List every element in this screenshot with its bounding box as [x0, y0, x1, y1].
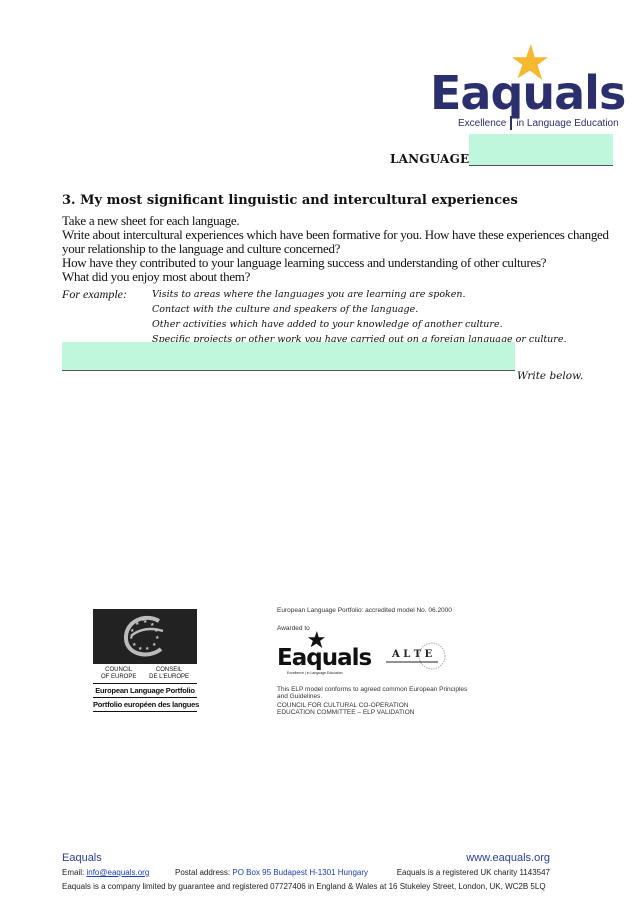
elp-fr: Portfolio européen des langues [93, 697, 197, 712]
footer-brand: Eaquals [62, 852, 102, 864]
instruction-line: Take a new sheet for each language. [62, 214, 592, 228]
svg-text:★: ★ [135, 621, 140, 627]
instruction-line: How have they contributed to your langua… [62, 256, 592, 270]
tagline-divider [510, 116, 512, 130]
committee-line: COUNCIL FOR CULTURAL CO-OPERATION [277, 702, 414, 709]
footer-contact: Email: info@eaquals.org Postal address: … [62, 868, 550, 877]
email-label: Email: [62, 868, 84, 877]
instruction-line: your relationship to the language and cu… [62, 242, 592, 256]
mini-logo-tagline: Excellence | in Language Education [287, 671, 343, 675]
svg-text:★: ★ [145, 646, 150, 652]
logo-tagline: Excellencein Language Education [458, 116, 619, 130]
svg-text:★: ★ [141, 617, 146, 623]
coe-name-en: COUNCILOF EUROPE [101, 667, 136, 681]
experiences-input[interactable] [62, 342, 515, 371]
language-label: LANGUAGE: [390, 152, 474, 166]
instructions: Take a new sheet for each language. Writ… [62, 214, 592, 284]
accredited-model: European Language Portfolio: accredited … [277, 607, 452, 614]
council-of-europe-logo: ★★★ ★★★ ★★★ ★★★ COUNCILOF EUROPE CONSEIL… [93, 609, 197, 712]
postal: Postal address: PO Box 95 Budapest H-130… [175, 868, 368, 877]
instruction-line: What did you enjoy most about them? [62, 270, 592, 284]
svg-text:★: ★ [132, 642, 137, 648]
coe-name-fr-line: CONSEIL [149, 667, 189, 674]
coe-emblem-icon: ★★★ ★★★ ★★★ ★★★ [93, 609, 197, 664]
mini-logo-wordmark: Eaquals [277, 645, 371, 671]
svg-text:★: ★ [138, 646, 143, 652]
charity-info: Eaquals is a registered UK charity 11435… [397, 868, 550, 877]
tagline-right: in Language Education [516, 118, 618, 129]
examples-label: For example: [62, 287, 127, 302]
svg-text:★: ★ [154, 628, 159, 634]
language-input[interactable] [469, 134, 613, 166]
language-row: LANGUAGE: [390, 134, 614, 168]
conformity-statement: This ELP model conforms to agreed common… [277, 686, 477, 700]
postal-label: Postal address: [175, 868, 230, 877]
logo-wordmark: Eaquals [430, 70, 625, 116]
alte-logo: A L T E [382, 641, 448, 671]
coe-name-en-line: OF EUROPE [101, 674, 136, 681]
email-link[interactable]: info@eaquals.org [86, 868, 149, 877]
eaquals-mini-logo: Eaquals Excellence | in Language Educati… [277, 631, 357, 676]
tagline-left: Excellence [458, 118, 506, 129]
coe-name-en-line: COUNCIL [101, 667, 136, 674]
company-info: Eaquals is a company limited by guarante… [62, 882, 546, 891]
committee: COUNCIL FOR CULTURAL CO-OPERATION EDUCAT… [277, 702, 414, 716]
example-item: Visits to areas where the languages you … [152, 287, 566, 302]
coe-emblem: ★★★ ★★★ ★★★ ★★★ [93, 609, 197, 664]
svg-text:★: ★ [152, 642, 157, 648]
footer-website-link[interactable]: www.eaquals.org [466, 852, 550, 864]
instruction-line: Write about intercultural experiences wh… [62, 228, 592, 242]
svg-text:★: ★ [129, 635, 134, 641]
eaquals-logo: Eaquals Excellencein Language Education [430, 44, 610, 134]
committee-line: EDUCATION COMMITTEE – ELP VALIDATION [277, 709, 414, 716]
coe-names: COUNCILOF EUROPE CONSEILDE L'EUROPE [93, 664, 197, 683]
section-title: 3. My most significant linguistic and in… [62, 193, 518, 208]
coe-name-fr: CONSEILDE L'EUROPE [149, 667, 189, 681]
examples-list: Visits to areas where the languages you … [152, 287, 566, 347]
coe-name-fr-line: DE L'EUROPE [149, 674, 189, 681]
svg-text:★: ★ [130, 628, 135, 634]
write-below-hint: Write below. [517, 370, 583, 382]
elp-en: European Language Portfolio [93, 683, 197, 697]
example-item: Other activities which have added to you… [152, 317, 566, 332]
alte-text: A L T E [392, 649, 432, 660]
svg-text:★: ★ [155, 635, 160, 641]
example-item: Contact with the culture and speakers of… [152, 302, 566, 317]
postal-address: PO Box 95 Budapest H-1301 Hungary [232, 868, 368, 877]
